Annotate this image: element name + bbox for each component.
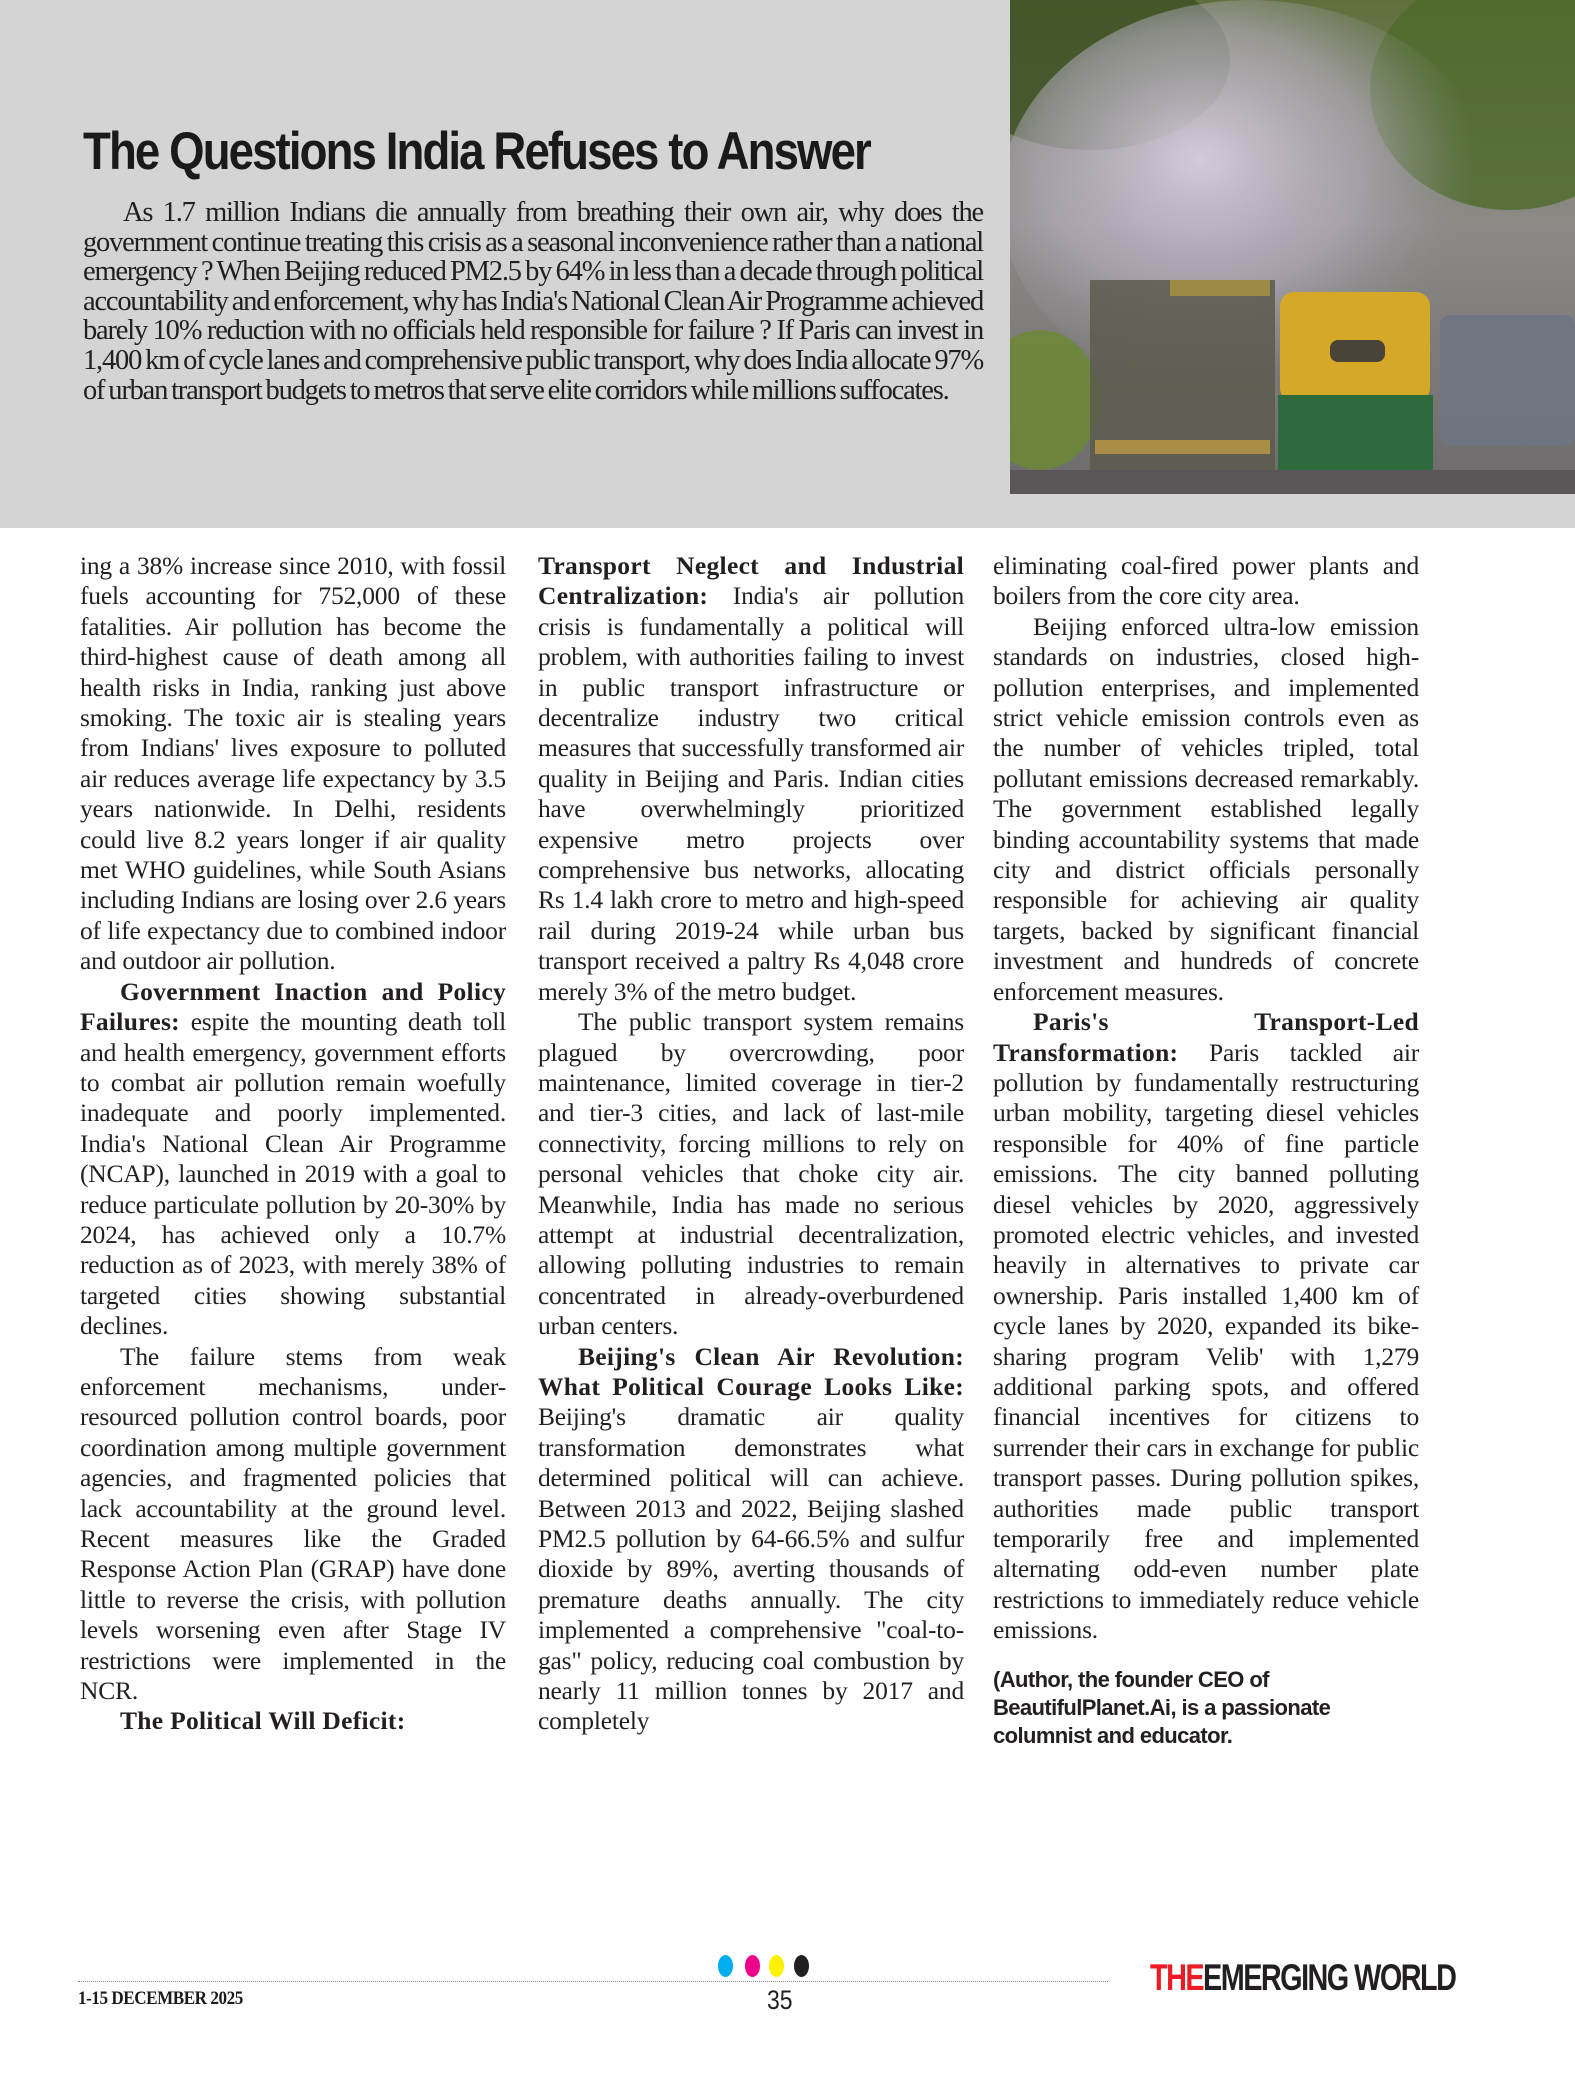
paragraph: The public transport system remains plag… — [538, 1007, 964, 1341]
paragraph: ing a 38% increase since 2010, with foss… — [80, 551, 506, 977]
black-dot-icon — [794, 1955, 809, 1977]
article-photo — [1010, 0, 1575, 494]
masthead-title: EMERGING WORLD — [1203, 1957, 1455, 1998]
paragraph: The Political Will Deficit: — [80, 1706, 506, 1736]
subheading: The Political Will Deficit: — [120, 1706, 406, 1735]
paragraph-text: Paris tackled air pollution by fundament… — [993, 1038, 1419, 1645]
column-3: eliminating coal-fired power plants and … — [993, 551, 1419, 1750]
cyan-dot-icon — [718, 1955, 733, 1977]
issue-date: 1-15 DECEMBER 2025 — [78, 1988, 243, 2010]
yellow-dot-icon — [769, 1955, 784, 1977]
paragraph: The failure stems from weak enforcement … — [80, 1342, 506, 1707]
article-headline: The Questions India Refuses to Answer — [83, 122, 870, 182]
magenta-dot-icon — [745, 1955, 760, 1977]
column-1: ing a 38% increase since 2010, with foss… — [80, 551, 506, 1737]
author-byline: (Author, the founder CEO of BeautifulPla… — [993, 1666, 1419, 1750]
paragraph: Transport Neglect and Industrial Central… — [538, 551, 964, 1007]
subheading: Beijing's Clean Air Revolution: What Pol… — [538, 1342, 964, 1401]
publication-masthead: THEEMERGING WORLD — [1150, 1958, 1455, 1998]
page-number: 35 — [767, 1985, 793, 2016]
paragraph: Beijing's Clean Air Revolution: What Pol… — [538, 1342, 964, 1737]
article-standfirst: As 1.7 million Indians die annually from… — [83, 198, 983, 405]
paragraph-text: India's air pollution crisis is fundamen… — [538, 581, 964, 1005]
paragraph: Government Inaction and Policy Failures:… — [80, 977, 506, 1342]
paragraph: eliminating coal-fired power plants and … — [993, 551, 1419, 612]
paragraph: Paris's Transport-Led Transformation: Pa… — [993, 1007, 1419, 1646]
masthead-the: THE — [1150, 1957, 1203, 1998]
paragraph-text: espite the mounting death toll and healt… — [80, 1007, 506, 1340]
column-2: Transport Neglect and Industrial Central… — [538, 551, 964, 1737]
paragraph-text: Beijing's dramatic air quality transform… — [538, 1402, 964, 1735]
paragraph: Beijing enforced ultra-low emission stan… — [993, 612, 1419, 1007]
article-body: ing a 38% increase since 2010, with foss… — [80, 551, 1425, 1911]
footer-divider — [78, 1981, 1108, 1982]
